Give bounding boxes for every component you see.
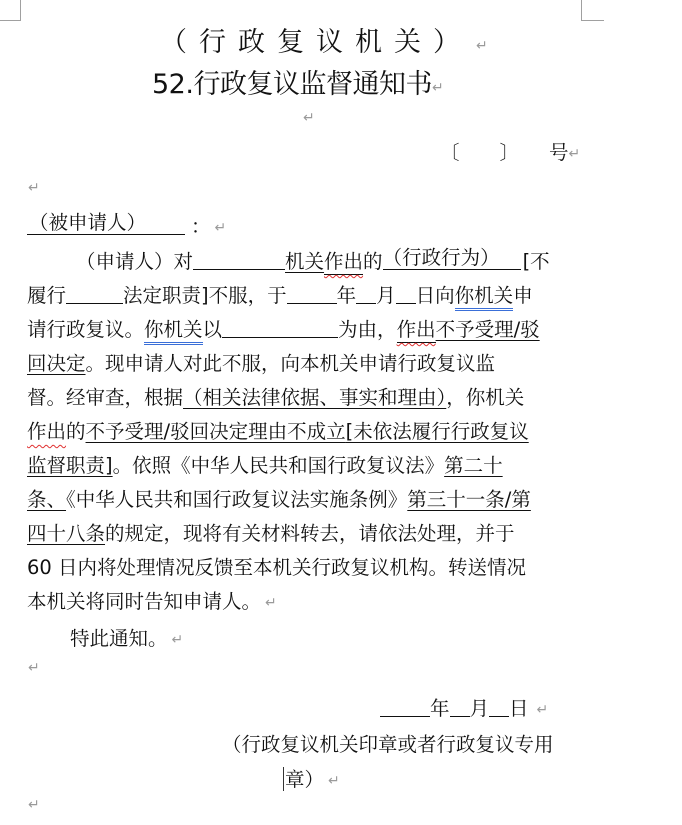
- body-text: 《中华人民共和国行政复议法实施条例》: [66, 488, 407, 511]
- paragraph-mark-icon: ↵: [28, 660, 40, 676]
- seal-note-line-2: 章）↵: [283, 767, 340, 794]
- signature-year-blank[interactable]: [380, 696, 430, 717]
- document-title-text: 52.行政复议监督通知书: [152, 69, 432, 100]
- body-line-3: 请行政复议。你机关以为由，作出不予受理/驳: [27, 317, 540, 345]
- agency-heading-text: （行政复议机关）: [160, 27, 472, 58]
- legal-basis-field[interactable]: （相关法律依据、事实和理由）: [183, 386, 446, 409]
- body-line-8: 条、《中华人民共和国行政复议法实施条例》第三十一条/第: [27, 487, 531, 513]
- paragraph-mark-icon: ↵: [28, 797, 40, 813]
- seal-note-line-1: （行政复议机关印章或者行政复议专用: [222, 732, 554, 758]
- body-text: 履行: [27, 284, 66, 307]
- body-line-4: 回决定。现申请人对此不服，向本机关申请行政复议监: [27, 351, 495, 377]
- agency-text: 机关: [285, 250, 324, 273]
- paragraph-mark-icon: ↵: [537, 702, 549, 718]
- body-text: 为由，: [338, 318, 397, 341]
- decision-type-text: 不予受理/驳: [436, 318, 540, 341]
- paragraph-mark-icon: ↵: [215, 220, 227, 236]
- body-line-9: 四十八条的规定，现将有关材料转去，请依法处理，并于: [27, 521, 515, 547]
- body-line-2: 履行法定职责]不服，于年月日向你机关申: [27, 283, 533, 311]
- agency-heading: （行政复议机关）↵: [160, 20, 488, 59]
- body-text: 日向: [416, 284, 455, 307]
- doc-number-close-bracket: 〕: [500, 141, 520, 164]
- applicant-text: （申请人）对: [76, 250, 193, 273]
- law-article-text: 条、: [27, 488, 66, 511]
- body-text: 月: [376, 284, 396, 307]
- respondent-field[interactable]: （被申请人）: [27, 214, 185, 235]
- regulation-article-text: 四十八条: [27, 522, 105, 545]
- body-text: 的规定，现将有关材料转去，请依法处理，并于: [105, 522, 515, 545]
- body-text: 。现申请人对此不服，向本机关申请行政复议监: [86, 352, 496, 375]
- day-label: 日: [509, 697, 529, 720]
- paragraph-mark-icon: ↵: [476, 38, 488, 54]
- spellcheck-flag-zuochu: 作出: [324, 250, 363, 273]
- body-line-6: 作出的不予受理/驳回决定理由不成立[未依法履行行政复议: [27, 419, 529, 445]
- agency-name-blank[interactable]: [193, 249, 285, 270]
- addressee-colon: ：: [191, 215, 211, 238]
- paragraph-mark-icon: ↵: [265, 595, 277, 611]
- regulation-article-text: 第三十一条/第: [407, 488, 531, 511]
- administrative-act-blank[interactable]: （行政行为）: [383, 249, 521, 270]
- body-text: 督。经审查，根据: [27, 386, 183, 409]
- body-text: 请行政复议。: [27, 318, 144, 341]
- administrative-act-label: （行政行为）: [383, 245, 500, 271]
- body-text: 以: [203, 318, 223, 341]
- paragraph-mark-icon: ↵: [172, 632, 184, 648]
- body-line-7: 监督职责]。依照《中华人民共和国行政复议法》第二十: [27, 453, 503, 479]
- body-text: 年: [337, 284, 357, 307]
- page-corner-mark-top-right: [581, 0, 604, 21]
- year-blank[interactable]: [287, 283, 337, 304]
- page-corner-mark-top-left: [0, 0, 21, 21]
- spellcheck-flag-zuochu: 作出: [27, 420, 66, 443]
- month-blank[interactable]: [356, 283, 376, 304]
- signature-date: 年月日↵: [380, 696, 548, 723]
- body-text: 的: [66, 420, 86, 443]
- finding-alt-text: 监督职责]: [27, 454, 113, 477]
- finding-text: 不予受理/驳回决定理由不成立: [86, 420, 346, 443]
- year-label: 年: [430, 697, 450, 720]
- body-text: 本机关将同时告知申请人。: [27, 590, 261, 613]
- finding-alt-text: [未依法履行行政复议: [346, 420, 529, 443]
- body-text: [不: [523, 250, 550, 273]
- seal-note-text: 章）: [285, 768, 324, 791]
- decision-type-text: 回决定: [27, 352, 86, 375]
- body-line-10: 60 日内将处理情况反馈至本机关行政复议机构。转送情况: [27, 555, 526, 581]
- paragraph-mark-icon: ↵: [28, 180, 40, 196]
- body-text: 。依照《中华人民共和国行政复议法》: [113, 454, 445, 477]
- text-cursor: [283, 767, 284, 791]
- day-blank[interactable]: [396, 283, 416, 304]
- seal-note-text: （行政复议机关印章或者行政复议专用: [222, 733, 554, 756]
- grammar-flag-ni-jiguan: 你机关: [144, 318, 203, 345]
- body-text: 法定职责]不服，于: [123, 284, 287, 307]
- respondent-label: （被申请人）: [29, 210, 146, 236]
- paragraph-mark-icon: ↵: [569, 146, 581, 162]
- closing-notice: 特此通知。↵: [70, 626, 183, 653]
- duty-blank[interactable]: [66, 283, 123, 304]
- body-line-1: （申请人）对机关作出的（行政行为）[不: [27, 249, 550, 275]
- grammar-flag-ni-jiguan: 你机关: [455, 284, 514, 311]
- paragraph-mark-icon: ↵: [328, 773, 340, 789]
- reason-blank[interactable]: [222, 317, 338, 338]
- signature-month-blank[interactable]: [450, 696, 470, 717]
- doc-number-open-bracket: 〔: [440, 141, 460, 164]
- body-text: 申: [513, 284, 533, 307]
- document-number: 〔〕号↵: [440, 140, 580, 167]
- addressee-line: （被申请人）：↵: [27, 214, 226, 241]
- paragraph-mark-icon: ↵: [303, 110, 315, 126]
- body-line-5: 督。经审查，根据（相关法律依据、事实和理由），你机关: [27, 385, 524, 411]
- body-text: 60 日内将处理情况反馈至本机关行政复议机构。转送情况: [27, 556, 526, 579]
- law-article-text: 第二十: [444, 454, 503, 477]
- signature-day-blank[interactable]: [489, 696, 509, 717]
- doc-number-suffix: 号: [549, 141, 569, 164]
- body-text: ，你机关: [446, 386, 524, 409]
- document-title: 52.行政复议监督通知书↵: [152, 62, 443, 101]
- spellcheck-flag-zuochu: 作出: [397, 318, 436, 341]
- body-text: 的: [363, 250, 383, 273]
- month-label: 月: [470, 697, 490, 720]
- closing-notice-text: 特此通知。: [70, 627, 168, 650]
- paragraph-mark-icon: ↵: [432, 80, 443, 96]
- body-line-11: 本机关将同时告知申请人。↵: [27, 589, 277, 616]
